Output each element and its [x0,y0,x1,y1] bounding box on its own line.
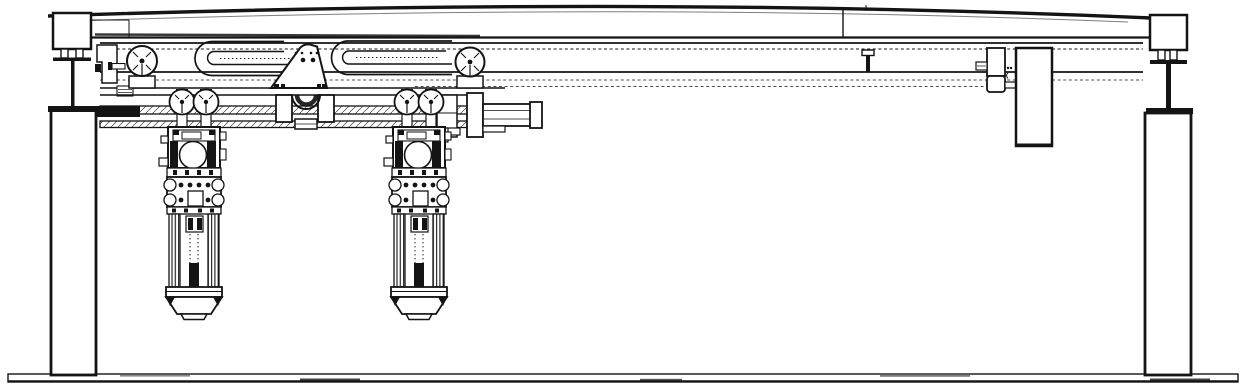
main-beam [48,5,1152,38]
machine-elevation-drawing [0,0,1240,389]
rail-end-post [467,93,483,137]
left-leg [48,106,98,375]
t-bar [1150,60,1187,64]
roller-stop-pin [108,62,112,70]
right-hanger-bracket [976,48,1017,92]
leg-cap [1146,108,1193,114]
rail-side-arm [483,102,542,132]
upper-roller-right [456,48,485,89]
hanger-block-left [276,95,292,122]
upper-roller-left [127,46,157,88]
right-leg [1145,108,1193,375]
left-end-block [53,13,91,107]
ground-line [8,374,1238,382]
hanger-box [1016,48,1052,146]
cable-loop-left [195,42,296,76]
right-end-block [1150,15,1187,108]
rail-leg-tie [95,106,140,117]
i-beam-stem [1166,64,1171,108]
support-rod [71,61,75,107]
rail-stand [862,50,874,72]
cable-loop-right [331,41,452,75]
foot-bar [53,58,91,62]
